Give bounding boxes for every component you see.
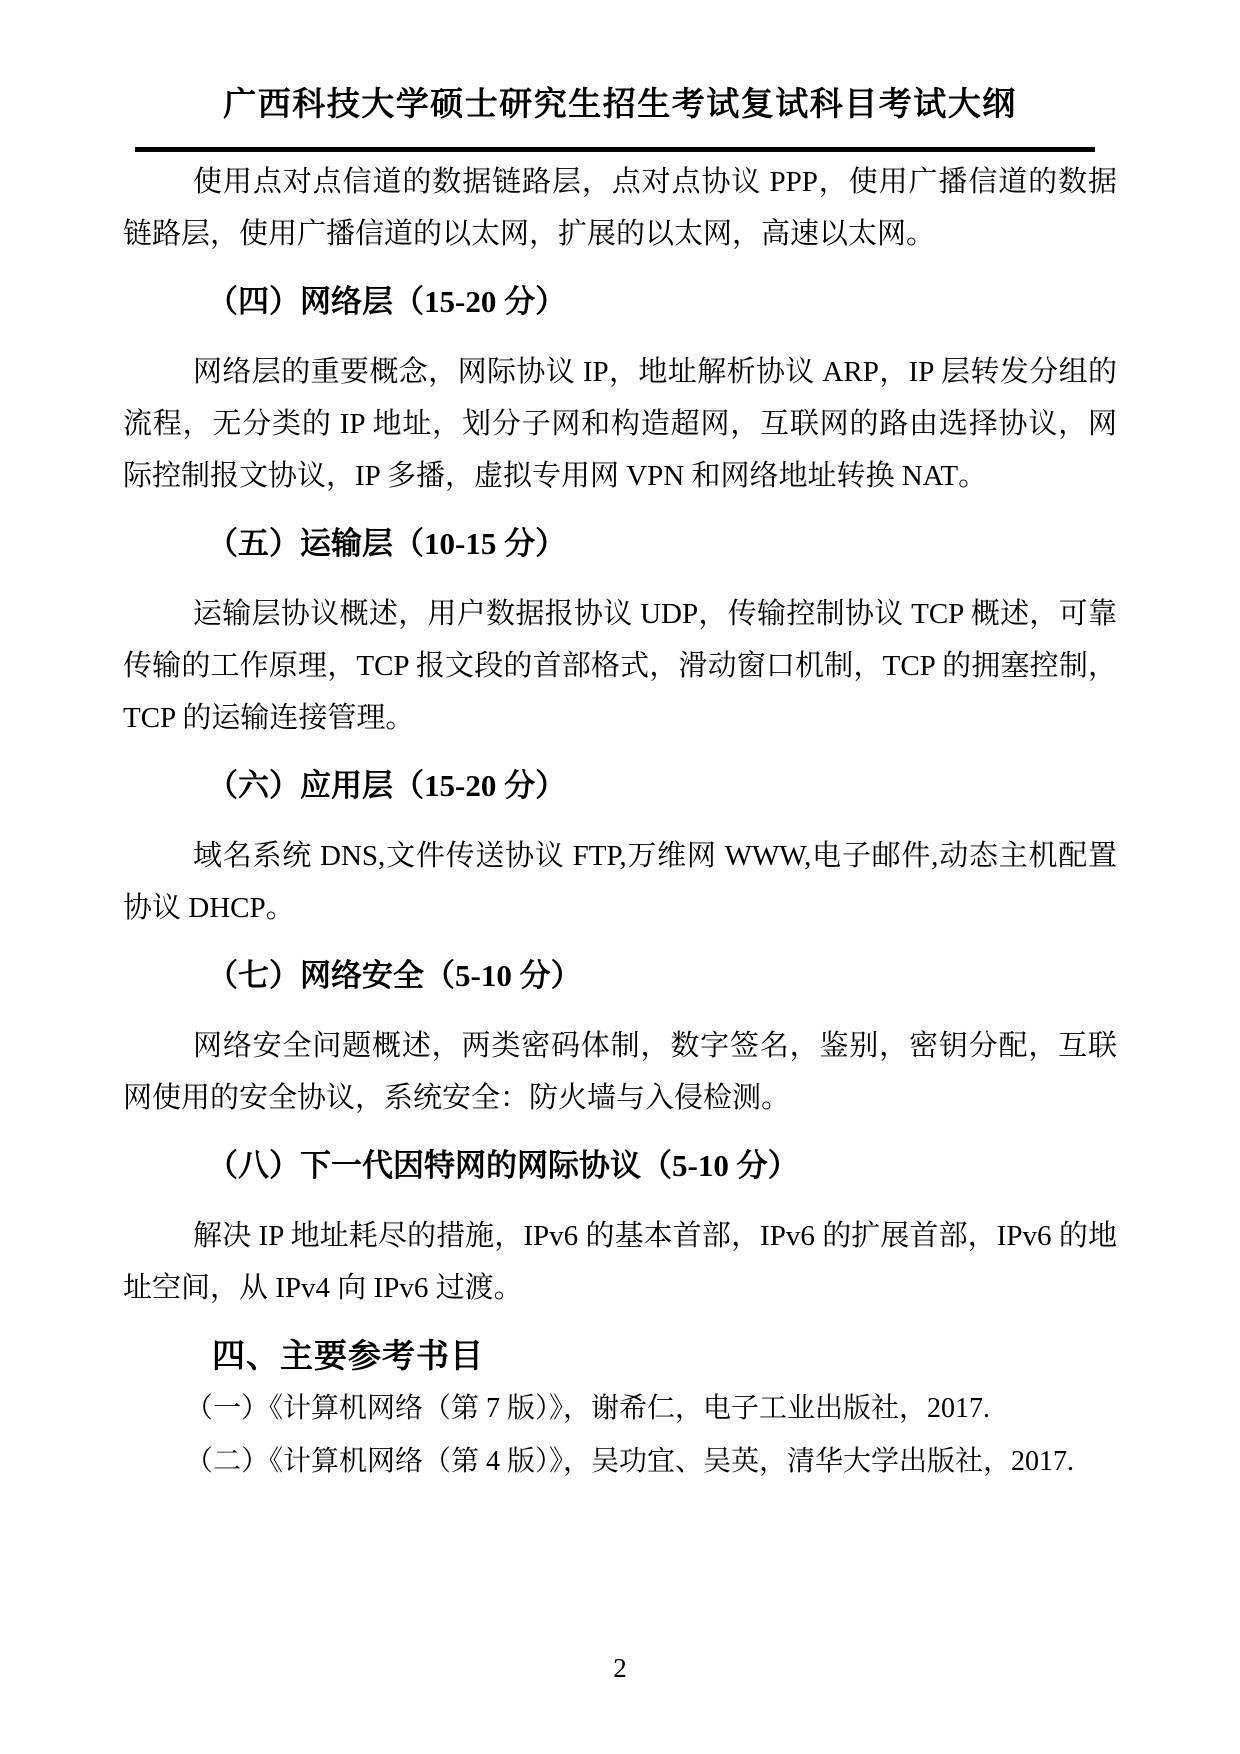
- section-heading-application-layer: （六）应用层（15-20 分）: [123, 760, 1117, 812]
- section-heading-transport-layer: （五）运输层（10-15 分）: [123, 518, 1117, 570]
- section-heading-network-security: （七）网络安全（5-10 分）: [123, 950, 1117, 1002]
- paragraph-application-layer: 域名系统 DNS,文件传送协议 FTP,万维网 WWW,电子邮件,动态主机配置协…: [123, 830, 1117, 934]
- section-heading-next-gen-internet-protocol: （八）下一代因特网的网际协议（5-10 分）: [123, 1140, 1117, 1192]
- document-page: 广西科技大学硕士研究生招生考试复试科目考试大纲 使用点对点信道的数据链路层，点对…: [0, 0, 1240, 1754]
- references-heading: 四、主要参考书目: [123, 1330, 1117, 1382]
- section-heading-network-layer: （四）网络层（15-20 分）: [123, 276, 1117, 328]
- paragraph-data-link-layer: 使用点对点信道的数据链路层，点对点协议 PPP，使用广播信道的数据链路层，使用广…: [123, 156, 1117, 260]
- header-rule: [135, 147, 1095, 152]
- paragraph-transport-layer: 运输层协议概述，用户数据报协议 UDP，传输控制协议 TCP 概述，可靠传输的工…: [123, 588, 1117, 744]
- reference-item-2: （二）《计算机网络（第 4 版）》，吴功宜、吴英，清华大学出版社，2017.: [123, 1435, 1117, 1488]
- paragraph-network-security: 网络安全问题概述，两类密码体制，数字签名，鉴别，密钥分配，互联网使用的安全协议，…: [123, 1020, 1117, 1124]
- paragraph-network-layer: 网络层的重要概念，网际协议 IP，地址解析协议 ARP，IP 层转发分组的流程，…: [123, 346, 1117, 502]
- reference-item-1: （一）《计算机网络（第 7 版）》，谢希仁，电子工业出版社，2017.: [123, 1382, 1117, 1435]
- page-number: 2: [0, 1652, 1240, 1684]
- document-content: 广西科技大学硕士研究生招生考试复试科目考试大纲 使用点对点信道的数据链路层，点对…: [0, 84, 1240, 1488]
- document-title: 广西科技大学硕士研究生招生考试复试科目考试大纲: [123, 84, 1117, 126]
- paragraph-next-gen-internet-protocol: 解决 IP 地址耗尽的措施，IPv6 的基本首部，IPv6 的扩展首部，IPv6…: [123, 1210, 1117, 1314]
